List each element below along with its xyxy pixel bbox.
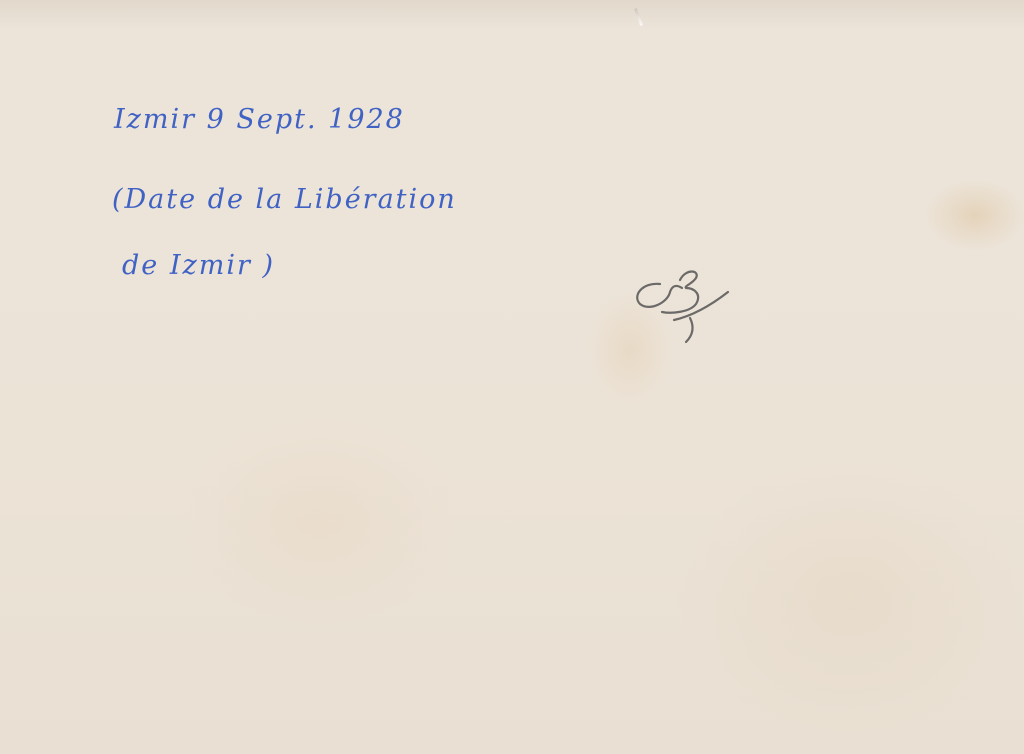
paper-crease <box>634 8 643 26</box>
inscription-line-1: Izmir 9 Sept. 1928 <box>114 104 405 135</box>
paper-background: Izmir 9 Sept. 1928 (Date de la Libératio… <box>0 0 1024 754</box>
inscription-line-2: (Date de la Libération <box>112 184 457 215</box>
pencil-number-mark <box>630 258 740 353</box>
inscription-line-3: de Izmir ) <box>122 250 275 281</box>
